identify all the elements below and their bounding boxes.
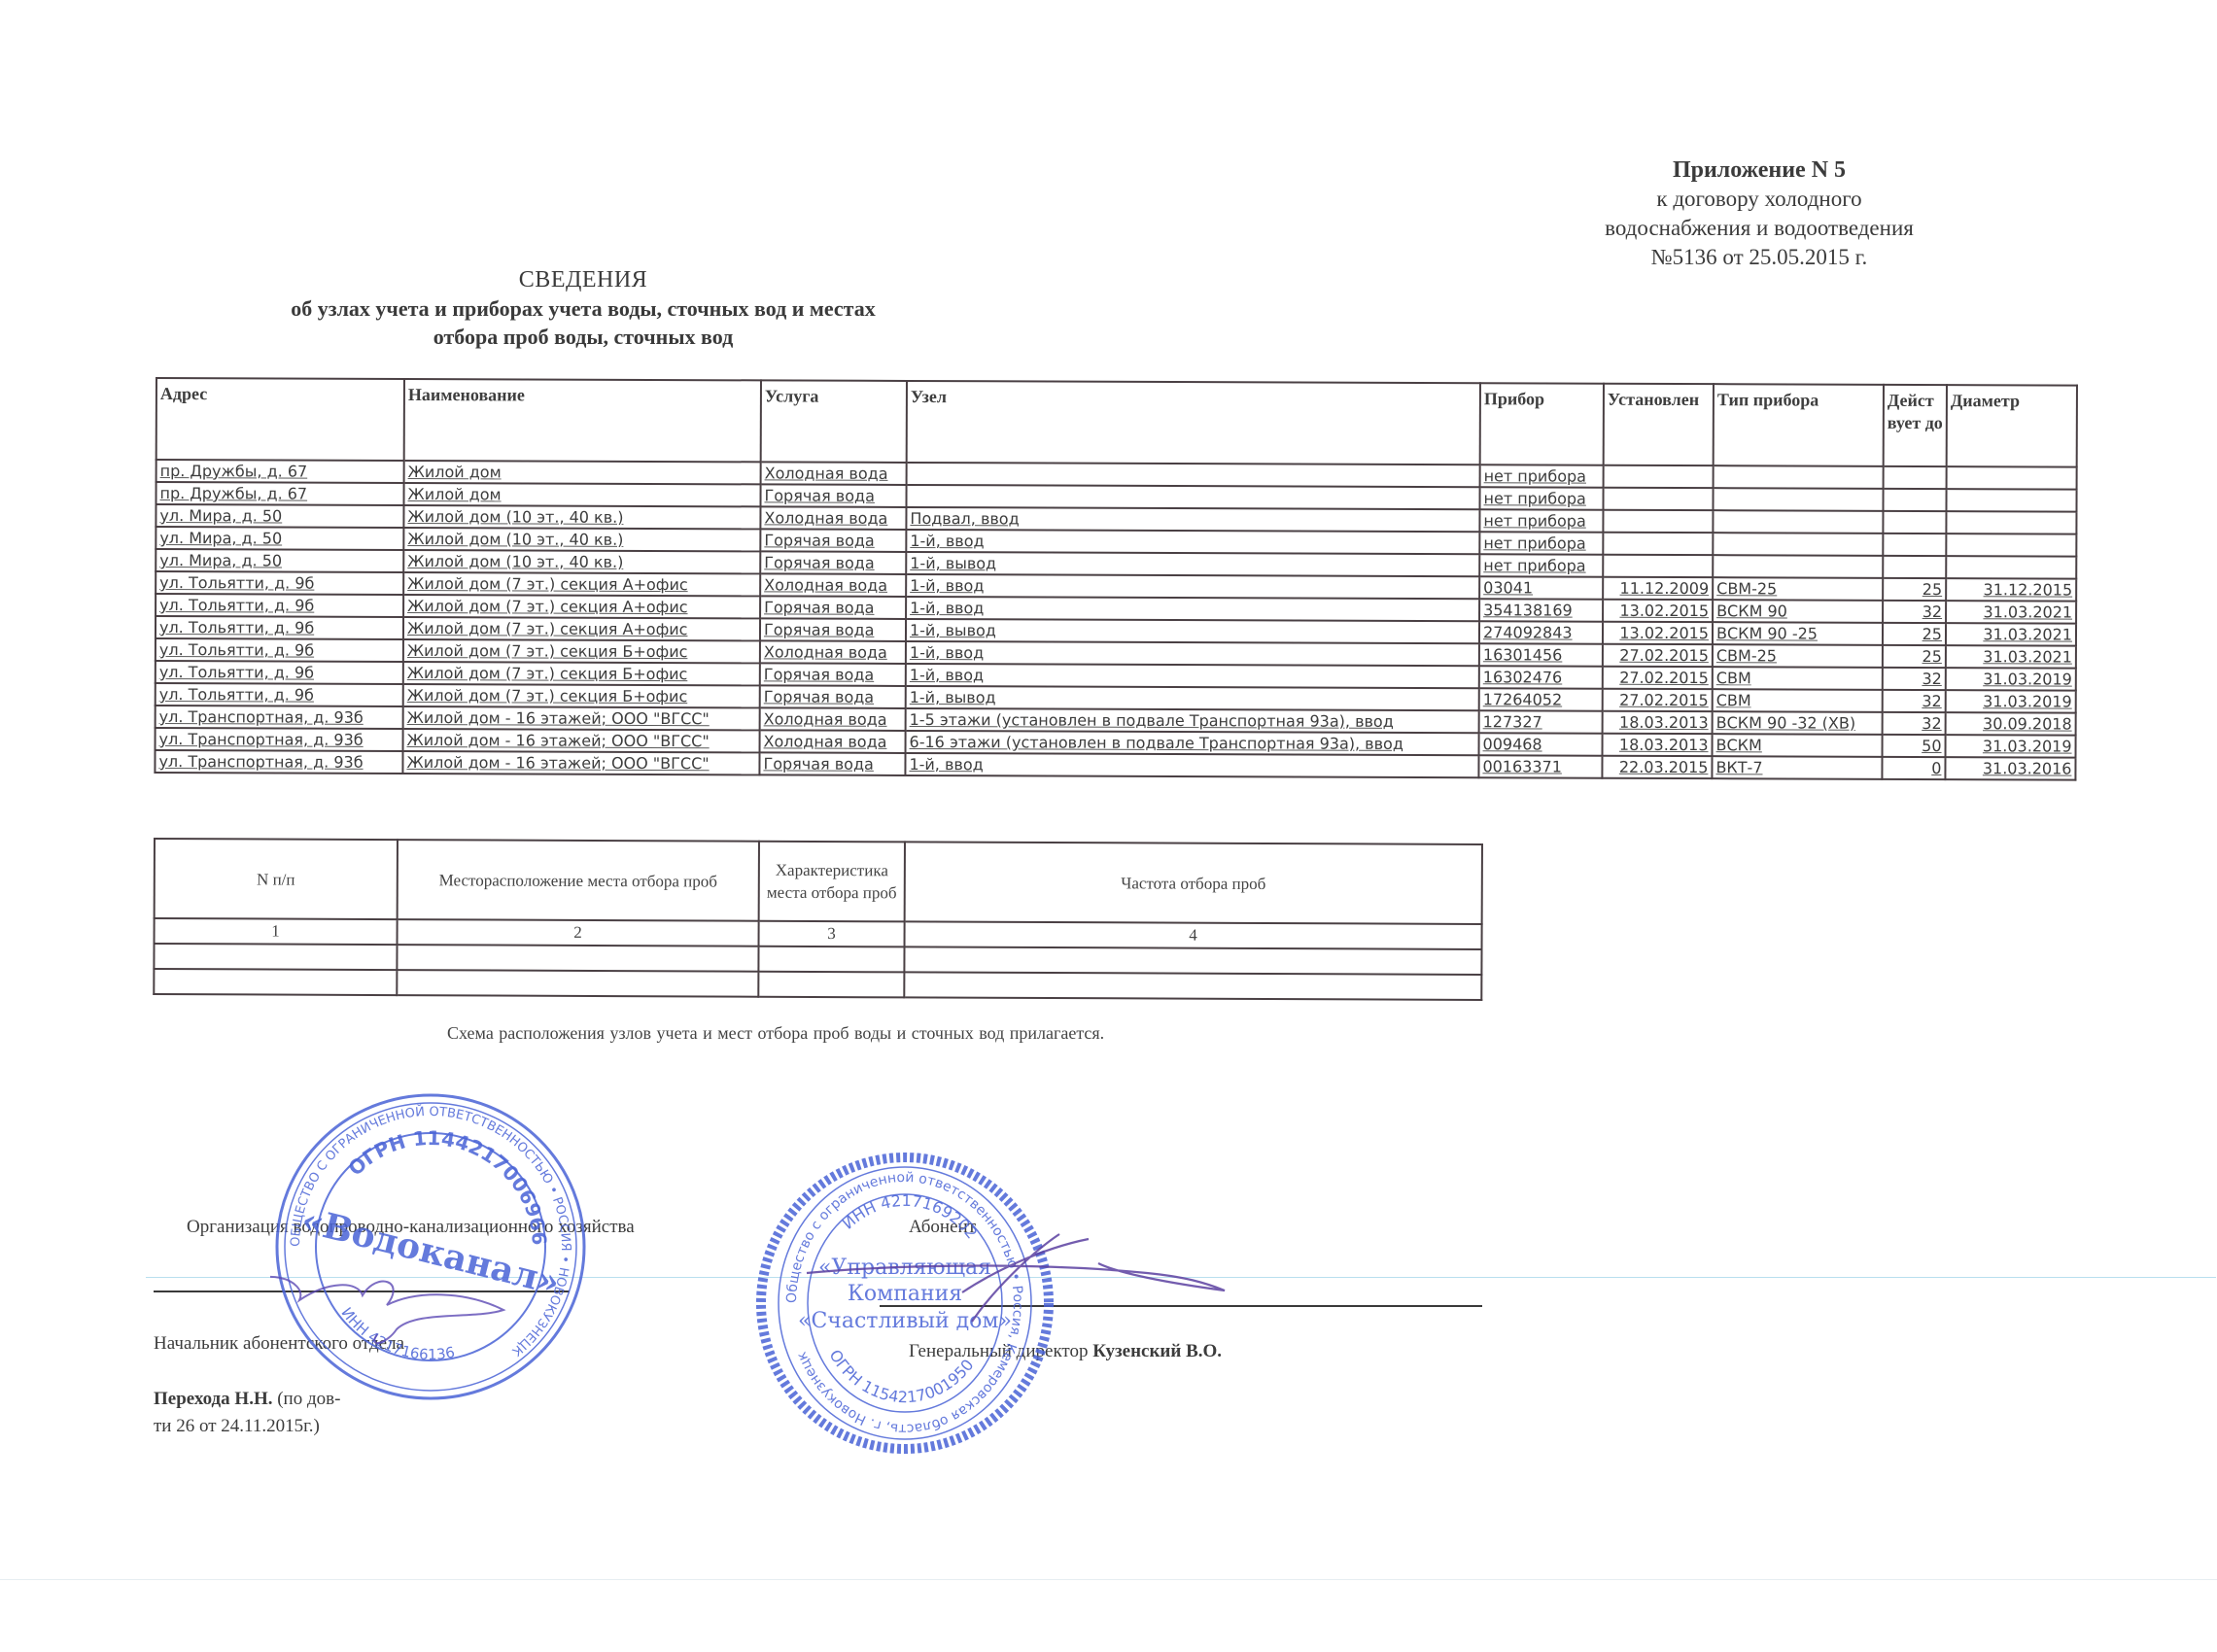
header-installed: Установлен (1604, 384, 1714, 465)
cell-service: Холодная вода (760, 640, 906, 664)
sampling-cell (758, 946, 904, 973)
cell-type: ВСКМ (1713, 734, 1883, 757)
cell-service: Холодная вода (760, 730, 906, 753)
title-line-2: об узлах учета и приборах учета воды, ст… (233, 294, 933, 323)
cell-installed (1603, 510, 1713, 533)
cell-name: Жилой дом (403, 483, 760, 506)
cell-valid: 25 (1883, 578, 1946, 601)
cell-type: СВМ (1713, 667, 1883, 690)
cell-type: ВСКМ 90 -25 (1713, 622, 1883, 645)
header-number: N п/п (155, 839, 398, 919)
cell-name: Жилой дом - 16 этажей; ООО "ВГСС" (402, 751, 759, 774)
cell-service: Горячая вода (759, 752, 905, 775)
cell-device: 274092843 (1479, 621, 1603, 643)
cell-node: 1-й, ввод (905, 753, 1478, 777)
header-node: Узел (907, 381, 1480, 465)
cell-type (1713, 555, 1883, 578)
cell-diameter (1947, 466, 2077, 490)
cell-name: Жилой дом (10 эт., 40 кв.) (403, 505, 760, 529)
cell-name: Жилой дом (7 эт.) секция Б+офис (403, 662, 760, 685)
sampling-header-row: N п/п Месторасположение места отбора про… (155, 839, 1482, 924)
cell-address: ул. Тольятти, д. 9б (156, 594, 403, 617)
org-signer-note-2: ти 26 от 24.11.2015г.) (154, 1416, 320, 1436)
cell-service: Горячая вода (760, 685, 906, 708)
cell-node: 1-й, ввод (906, 641, 1479, 666)
cell-installed: 13.02.2015 (1603, 622, 1713, 644)
header-device: Прибор (1480, 383, 1604, 465)
cell-installed: 13.02.2015 (1603, 600, 1713, 622)
cell-diameter: 31.03.2019 (1946, 690, 2076, 713)
cell-diameter: 31.03.2019 (1946, 668, 2076, 691)
cell-name: Жилой дом (404, 461, 761, 484)
meters-table-body: пр. Дружбы, д. 67Жилой домХолодная водан… (155, 460, 2076, 780)
abonent-signature-line (880, 1305, 1482, 1307)
cell-address: ул. Мира, д. 50 (156, 504, 403, 528)
cell-installed: 18.03.2013 (1603, 734, 1713, 756)
header-frequency: Частота отбора проб (905, 842, 1482, 924)
cell-type (1713, 533, 1883, 556)
abonent-label: Абонент (909, 1217, 976, 1238)
cell-node: 1-й, вывод (906, 619, 1479, 643)
org-signature-line (154, 1291, 570, 1292)
cell-diameter: 31.03.2019 (1946, 735, 2076, 758)
org-label: Организация водопроводно-канализационног… (187, 1217, 635, 1238)
cell-service: Холодная вода (761, 462, 907, 485)
cell-device: нет прибора (1479, 509, 1603, 532)
cell-device: 009468 (1479, 733, 1603, 755)
cell-address: ул. Тольятти, д. 9б (156, 571, 403, 595)
cell-service: Горячая вода (760, 529, 906, 552)
cell-address: ул. Тольятти, д. 9б (156, 683, 403, 706)
cell-name: Жилой дом (7 эт.) секция А+офис (403, 617, 760, 640)
cell-valid (1883, 489, 1946, 511)
title-line-1: СВЕДЕНИЯ (233, 266, 933, 294)
cell-node: 1-й, ввод (906, 664, 1479, 688)
cell-service: Горячая вода (760, 618, 906, 641)
sampling-table: N п/п Месторасположение места отбора про… (153, 838, 1483, 1001)
cell-node: 1-й, ввод (906, 530, 1479, 554)
numbering-cell: 2 (398, 919, 759, 946)
cell-node (907, 463, 1480, 487)
cell-device: 03041 (1479, 576, 1603, 599)
numbering-cell: 3 (759, 921, 905, 947)
cell-valid (1883, 533, 1946, 556)
sampling-cell (397, 945, 758, 972)
vodokanal-stamp: ОБЩЕСТВО С ОГРАНИЧЕННОЙ ОТВЕТСТВЕННОСТЬЮ… (270, 1086, 591, 1407)
sampling-table-body: 1 2 3 4 (154, 918, 1481, 1000)
cell-diameter (1946, 489, 2076, 512)
cell-installed (1603, 555, 1713, 577)
sampling-cell (904, 946, 1481, 975)
sampling-cell (397, 970, 758, 997)
appendix-header: Приложение N 5 к договору холодного водо… (1516, 155, 2002, 272)
title-line-3: отбора проб воды, сточных вод (233, 323, 933, 351)
appendix-title: Приложение N 5 (1516, 155, 2002, 185)
cell-valid: 25 (1883, 645, 1946, 668)
cell-address: пр. Дружбы, д. 67 (156, 482, 403, 505)
numbering-cell: 1 (155, 918, 398, 945)
cell-node: 1-й, ввод (906, 597, 1479, 621)
cell-address: ул. Мира, д. 50 (156, 527, 403, 550)
cell-service: Горячая вода (760, 551, 906, 574)
cell-installed: 22.03.2015 (1602, 756, 1712, 778)
cell-service: Горячая вода (760, 663, 906, 686)
cell-installed: 18.03.2013 (1603, 711, 1713, 734)
table-row (154, 969, 1481, 1000)
cell-type: ВКТ-7 (1712, 756, 1882, 779)
happy-home-stamp: Общество с ограниченной ответственностью… (754, 1153, 1056, 1454)
cell-service: Горячая вода (760, 484, 906, 507)
cell-device: 16302476 (1479, 666, 1603, 688)
cell-installed (1603, 533, 1713, 555)
appendix-line-2: водоснабжения и водоотведения (1516, 214, 2002, 243)
header-location: Месторасположение места отбора проб (398, 840, 759, 921)
cell-valid (1883, 511, 1946, 533)
svg-text:Общество с ограниченной ответс: Общество с ограниченной ответственностью… (784, 1170, 1025, 1436)
cell-name: Жилой дом (10 эт., 40 кв.) (403, 528, 760, 551)
cell-address: ул. Транспортная, д. 93б (156, 706, 403, 729)
cell-node: Подвал, ввод (906, 507, 1479, 532)
org-signer: Перехода Н.Н. (по дов- ти 26 от 24.11.20… (154, 1386, 340, 1440)
abonent-signature-scribble (797, 1215, 1283, 1331)
stamp-center-3: «Счастливый дом» (798, 1309, 1012, 1333)
cell-service: Горячая вода (760, 596, 906, 619)
cell-service: Холодная вода (760, 707, 906, 731)
appendix-line-3: №5136 от 25.05.2015 г. (1516, 243, 2002, 272)
cell-node: 1-й, вывод (906, 552, 1479, 576)
cell-name: Жилой дом - 16 этажей; ООО "ВГСС" (403, 729, 760, 752)
cell-device: 127327 (1479, 710, 1603, 733)
cell-installed: 27.02.2015 (1603, 667, 1713, 689)
cell-address: пр. Дружбы, д. 67 (156, 460, 404, 483)
header-characteristic: Характеристика места отбора проб (759, 842, 905, 922)
cell-address: ул. Тольятти, д. 9б (156, 638, 403, 662)
org-signer-note-1: (по дов- (277, 1389, 340, 1409)
cell-type: СВМ-25 (1713, 644, 1883, 668)
cell-service: Холодная вода (760, 506, 906, 530)
sampling-cell (904, 972, 1481, 1000)
cell-type: СВМ-25 (1713, 577, 1883, 601)
cell-name: Жилой дом - 16 этажей; ООО "ВГСС" (403, 706, 760, 730)
cell-valid: 50 (1883, 735, 1946, 757)
org-signer-name: Перехода Н.Н. (154, 1389, 272, 1409)
cell-name: Жилой дом (7 эт.) секция А+офис (403, 595, 760, 618)
cell-type: СВМ (1713, 689, 1883, 712)
cell-node: 1-5 этажи (установлен в подвале Транспор… (906, 708, 1479, 733)
cell-diameter (1946, 556, 2076, 579)
sampling-cell (154, 944, 397, 970)
cell-diameter (1946, 511, 2076, 534)
cell-valid: 0 (1882, 757, 1945, 779)
cell-installed: 11.12.2009 (1603, 577, 1713, 600)
cell-device: нет прибора (1479, 532, 1603, 554)
cell-valid: 32 (1883, 690, 1946, 712)
header-device-type: Тип прибора (1714, 384, 1884, 466)
cell-type (1714, 465, 1884, 489)
cell-device: нет прибора (1480, 465, 1604, 487)
cell-installed (1603, 488, 1713, 510)
appendix-line-1: к договору холодного (1516, 185, 2002, 214)
cell-name: Жилой дом (10 эт., 40 кв.) (403, 550, 760, 573)
cell-valid: 32 (1883, 601, 1946, 623)
meters-header-row: Адрес Наименование Услуга Узел Прибор Ус… (156, 378, 2077, 467)
cell-name: Жилой дом (7 эт.) секция Б+офис (403, 684, 760, 707)
sampling-cell (758, 972, 904, 998)
scan-line (146, 1277, 2216, 1278)
numbering-cell: 4 (905, 921, 1482, 949)
cell-address: ул. Транспортная, д. 93б (155, 750, 402, 774)
cell-name: Жилой дом (7 эт.) секция Б+офис (403, 639, 760, 663)
cell-valid: 32 (1883, 668, 1946, 690)
document-title: СВЕДЕНИЯ об узлах учета и приборах учета… (233, 266, 933, 351)
cell-name: Жилой дом (7 эт.) секция А+офис (403, 572, 760, 596)
cell-valid: 25 (1883, 623, 1946, 645)
abonent-position: Генеральный директор (909, 1341, 1088, 1361)
cell-node: 1-й, вывод (906, 686, 1479, 710)
cell-node (906, 485, 1479, 509)
header-name: Наименование (404, 379, 761, 462)
cell-device: нет прибора (1479, 487, 1603, 509)
cell-valid (1883, 556, 1946, 578)
header-valid-until: Действует до (1884, 385, 1947, 466)
cell-diameter: 31.12.2015 (1946, 578, 2076, 602)
cell-installed: 27.02.2015 (1603, 689, 1713, 711)
cell-device: 17264052 (1479, 688, 1603, 710)
cell-device: 16301456 (1479, 643, 1603, 666)
cell-type (1713, 510, 1883, 533)
cell-device: нет прибора (1479, 554, 1603, 576)
cell-diameter (1946, 533, 2076, 557)
header-service: Услуга (761, 380, 907, 463)
schema-note: Схема расположения узлов учета и мест от… (447, 1023, 1104, 1044)
cell-type: ВСКМ 90 (1713, 600, 1883, 623)
cell-address: ул. Тольятти, д. 9б (156, 661, 403, 684)
cell-device: 00163371 (1478, 755, 1602, 777)
cell-installed (1604, 465, 1714, 488)
cell-diameter: 31.03.2021 (1946, 645, 2076, 669)
cell-diameter: 31.03.2021 (1946, 623, 2076, 646)
header-diameter: Диаметр (1947, 385, 2077, 467)
cell-address: ул. Тольятти, д. 9б (156, 616, 403, 639)
cell-installed: 27.02.2015 (1603, 644, 1713, 667)
cell-device: 354138169 (1479, 599, 1603, 621)
abonent-signer-name: Кузенский В.О. (1092, 1341, 1222, 1361)
header-address: Адрес (156, 378, 404, 461)
stamp-ring-text: Общество с ограниченной ответственностью… (784, 1170, 1025, 1436)
cell-address: ул. Транспортная, д. 93б (156, 728, 403, 751)
scan-line (0, 1579, 2217, 1580)
cell-valid (1884, 466, 1947, 489)
cell-valid: 32 (1883, 712, 1946, 735)
cell-address: ул. Мира, д. 50 (156, 549, 403, 572)
cell-service: Холодная вода (760, 573, 906, 597)
cell-type (1713, 488, 1883, 511)
cell-node: 1-й, ввод (906, 574, 1479, 599)
meters-table: Адрес Наименование Услуга Узел Прибор Ус… (154, 377, 2078, 781)
cell-type: ВСКМ 90 -32 (ХВ) (1713, 711, 1883, 735)
org-position: Начальник абонентского отдела (154, 1333, 404, 1355)
stamp-center-2: Компания (848, 1282, 962, 1306)
abonent-signer: Генеральный директор Кузенский В.О. (909, 1341, 1222, 1362)
cell-diameter: 31.03.2021 (1946, 601, 2076, 624)
cell-diameter: 30.09.2018 (1946, 712, 2076, 736)
sampling-cell (154, 969, 397, 995)
stamp-center: «Водоканал» (297, 1200, 564, 1304)
cell-node: 6-16 этажи (установлен в подвале Транспо… (906, 731, 1479, 755)
cell-diameter: 31.03.2016 (1945, 757, 2075, 780)
